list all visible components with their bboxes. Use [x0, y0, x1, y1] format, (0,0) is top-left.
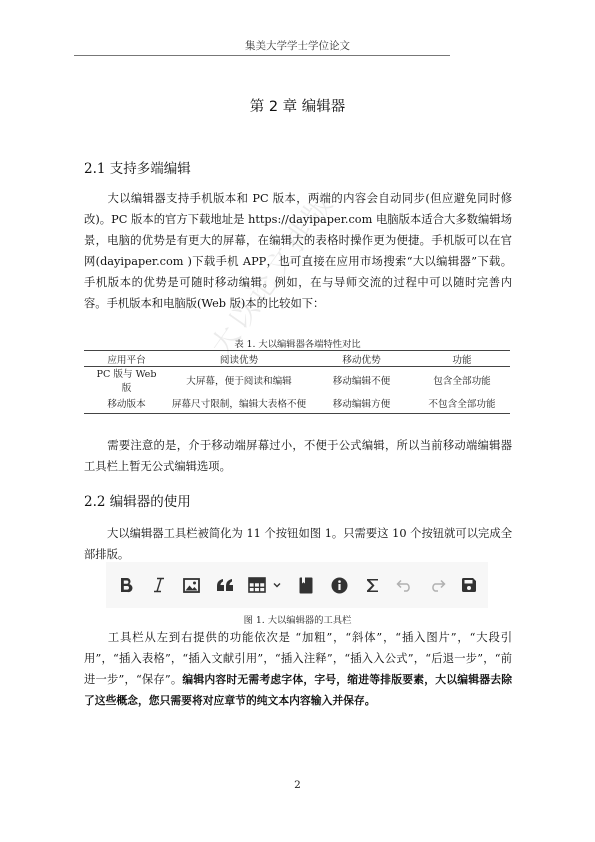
running-header: 集美大学学士学位论文 — [0, 38, 595, 53]
insert-citation-button[interactable] — [296, 575, 316, 595]
quote-icon — [217, 579, 233, 591]
table-cell: 不包含全部功能 — [414, 397, 510, 414]
final-paragraph: 工具栏从左到右提供的功能依次是 “加粗”，“斜体”，“插入图片”，“大段引用”，… — [84, 627, 512, 711]
undo-icon — [396, 579, 413, 592]
bold-icon — [119, 577, 133, 593]
section-2-2-paragraph: 大以编辑器工具栏被简化为 11 个按钮如图 1。只需要这 10 个按钮就可以完成… — [84, 523, 512, 565]
bookmark-icon — [299, 577, 313, 594]
italic-button[interactable] — [149, 575, 169, 595]
sigma-icon — [366, 578, 379, 593]
table-cell: 移动版本 — [84, 397, 169, 414]
table-cell: 屏幕尺寸限制，编辑大表格不便 — [169, 397, 309, 414]
save-button[interactable] — [459, 575, 479, 595]
table-row: 移动版本 屏幕尺寸限制，编辑大表格不便 移动编辑方便 不包含全部功能 — [84, 397, 510, 414]
insert-formula-button[interactable] — [362, 575, 382, 595]
paragraph-text: 大以编辑器工具栏被简化为 11 个按钮如图 1。只需要这 10 个按钮就可以完成… — [84, 527, 512, 561]
info-icon — [331, 577, 348, 594]
insert-table-button[interactable] — [246, 575, 284, 595]
table-caption: 表 1. 大以编辑器各端特性对比 — [0, 336, 595, 350]
image-icon — [183, 578, 200, 593]
italic-icon — [153, 577, 165, 593]
redo-button[interactable] — [427, 575, 447, 595]
table-cell: 包含全部功能 — [414, 367, 510, 397]
table-cell: 移动编辑不便 — [309, 367, 414, 397]
col-header-features: 功能 — [414, 351, 510, 367]
figure-caption: 图 1. 大以编辑器的工具栏 — [0, 612, 595, 626]
table-cell: 移动编辑方便 — [309, 397, 414, 414]
chevron-down-icon — [272, 581, 282, 589]
section-title-2-1: 2.1 支持多端编辑 — [84, 157, 191, 177]
table-cell: PC 版与 Web 版 — [84, 367, 169, 397]
paragraph-text: 需要注意的是，介于移动端屏幕过小，不便于公式编辑，所以当前移动端编辑器工具栏上暂… — [84, 439, 512, 473]
editor-toolbar-figure — [106, 562, 488, 608]
save-icon — [461, 577, 477, 593]
note-paragraph: 需要注意的是，介于移动端屏幕过小，不便于公式编辑，所以当前移动端编辑器工具栏上暂… — [84, 435, 512, 477]
section-title-2-2: 2.2 编辑器的使用 — [84, 490, 191, 510]
insert-image-button[interactable] — [180, 575, 202, 595]
table-icon — [248, 577, 266, 593]
block-quote-button[interactable] — [214, 575, 236, 595]
col-header-platform: 应用平台 — [84, 351, 169, 367]
chapter-title: 第 2 章 编辑器 — [0, 95, 595, 116]
undo-button[interactable] — [394, 575, 414, 595]
table-row: PC 版与 Web 版 大屏幕，便于阅读和编辑 移动编辑不便 包含全部功能 — [84, 367, 510, 397]
table-cell: 大屏幕，便于阅读和编辑 — [169, 367, 309, 397]
table-header-row: 应用平台 阅读优势 移动优势 功能 — [84, 351, 510, 367]
comparison-table: 应用平台 阅读优势 移动优势 功能 PC 版与 Web 版 大屏幕，便于阅读和编… — [84, 350, 510, 414]
insert-note-button[interactable] — [329, 575, 349, 595]
bold-button[interactable] — [116, 575, 136, 595]
col-header-mobile: 移动优势 — [309, 351, 414, 367]
header-rule — [74, 55, 450, 56]
page-number: 2 — [0, 779, 595, 791]
redo-icon — [429, 579, 446, 592]
